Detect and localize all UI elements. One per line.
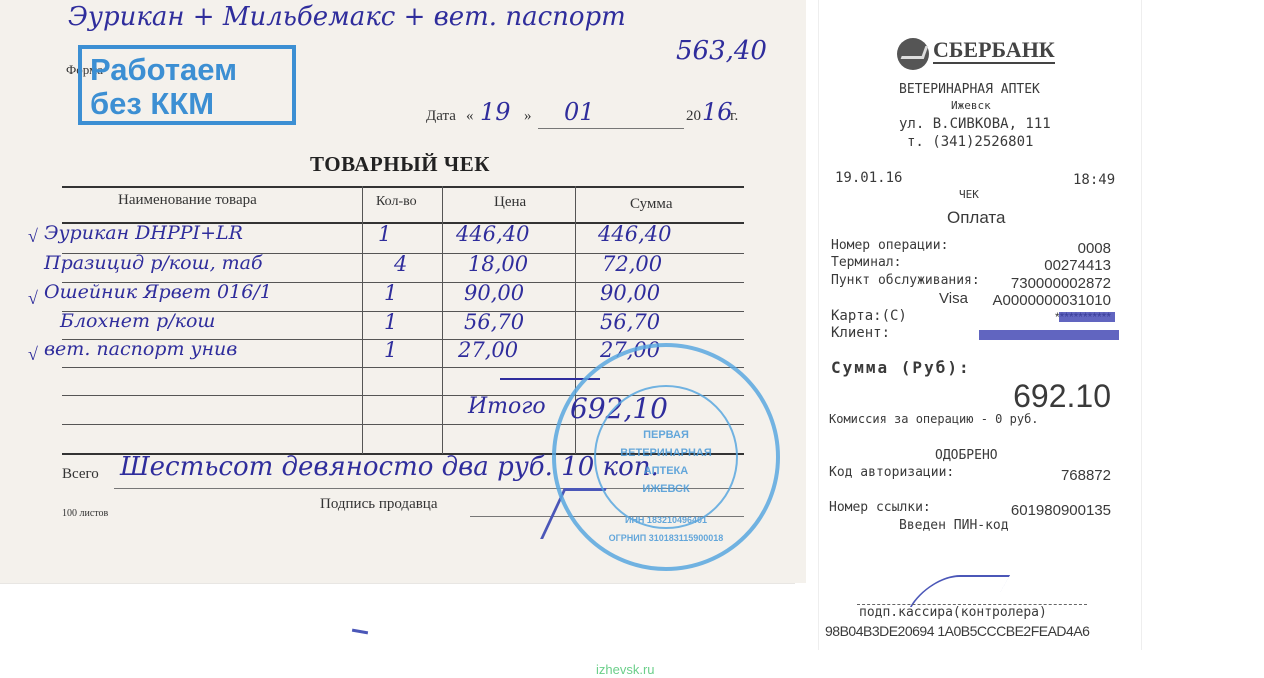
commission-note: Комиссия за операцию - 0 руб. bbox=[829, 412, 1039, 426]
seal-line-1: ПЕРВАЯ bbox=[556, 429, 776, 441]
date-quote-close: » bbox=[524, 108, 532, 125]
date-day: 19 bbox=[480, 98, 511, 126]
amount-label: Сумма (Руб): bbox=[831, 358, 971, 377]
merchant-address: ул. В.СИВКОВА, 111 bbox=[899, 116, 1051, 132]
item-price: 56,70 bbox=[464, 310, 524, 334]
total-label: Итого bbox=[468, 394, 546, 419]
item-qty: 1 bbox=[378, 222, 391, 246]
card-aid: A0000000031010 bbox=[993, 292, 1111, 309]
col-header-qty: Кол-во bbox=[376, 194, 417, 210]
item-sum: 56,70 bbox=[600, 310, 660, 334]
redacted-card-mark bbox=[1059, 312, 1115, 322]
doc-type: ЧЕК bbox=[959, 188, 979, 201]
field-value: 730000002872 bbox=[1011, 275, 1111, 292]
item-sum: 446,40 bbox=[598, 222, 671, 246]
pad-note: 100 листов bbox=[62, 508, 108, 519]
ink-mark bbox=[352, 629, 368, 635]
approval-status: ОДОБРЕНО bbox=[935, 448, 998, 463]
bank-name: СБЕРБАНК bbox=[933, 38, 1055, 64]
total-words-label: Всего bbox=[62, 466, 99, 483]
item-price: 90,00 bbox=[464, 281, 524, 305]
card-label: Карта:(С) bbox=[831, 308, 907, 324]
check-mark-icon: √ bbox=[28, 288, 38, 309]
col-divider bbox=[442, 186, 443, 454]
item-price: 446,40 bbox=[456, 222, 529, 246]
redacted-client-mark bbox=[979, 330, 1119, 340]
seal-line-4: ИЖЕВСК bbox=[556, 483, 776, 495]
card-payment-slip: СБЕРБАНК ВЕТЕРИНАРНАЯ АПТЕК Ижевск ул. В… bbox=[818, 0, 1142, 650]
col-divider bbox=[362, 186, 363, 454]
table-top-rule bbox=[62, 186, 744, 188]
site-watermark: izhevsk.ru bbox=[596, 662, 655, 677]
item-price: 27,00 bbox=[458, 338, 518, 362]
no-kkm-stamp: Работаем без ККМ bbox=[78, 45, 296, 125]
client-label: Клиент: bbox=[831, 325, 890, 341]
sales-receipt: Эурикан + Мильбемакс + вет. паспорт 563,… bbox=[0, 0, 806, 583]
seal-ogrnip: ОГРНИП 310183115900018 bbox=[556, 533, 776, 543]
stamp-line-1: Работаем bbox=[90, 53, 292, 87]
field-value: 0008 bbox=[1078, 240, 1111, 257]
col-header-name: Наименование товара bbox=[118, 192, 257, 209]
item-name: вет. паспорт унив bbox=[44, 338, 237, 360]
top-note-sum: 563,40 bbox=[676, 36, 767, 66]
seal-inn: ИНН 183210496401 bbox=[556, 515, 776, 525]
date-month-underline bbox=[538, 128, 684, 129]
pin-note: Введен ПИН-код bbox=[899, 518, 1009, 533]
date-label: Дата bbox=[426, 108, 456, 125]
date-month: 01 bbox=[564, 98, 595, 126]
item-qty: 1 bbox=[384, 281, 397, 305]
merchant-name: ВЕТЕРИНАРНАЯ АПТЕК bbox=[899, 82, 1040, 97]
check-mark-icon: √ bbox=[28, 226, 38, 247]
col-header-price: Цена bbox=[494, 194, 526, 211]
item-sum: 72,00 bbox=[602, 252, 662, 276]
field-label: Терминал: bbox=[831, 255, 901, 270]
seal-line-3: АПТЕКА bbox=[556, 465, 776, 477]
receipt-title: ТОВАРНЫЙ ЧЕК bbox=[310, 152, 490, 177]
field-value: 00274413 bbox=[1044, 257, 1111, 274]
field-label: Пункт обслуживания: bbox=[831, 273, 980, 288]
item-price: 18,00 bbox=[468, 252, 528, 276]
item-name: Блохнет р/кош bbox=[60, 310, 215, 332]
card-system: Visa bbox=[939, 290, 968, 307]
item-sum: 90,00 bbox=[600, 281, 660, 305]
date-suffix: г. bbox=[730, 108, 738, 125]
cashier-signature bbox=[910, 575, 1010, 607]
date-year: 16 bbox=[702, 98, 733, 126]
ref-number: 601980900135 bbox=[1011, 502, 1111, 519]
merchant-phone: т. (341)2526801 bbox=[907, 134, 1033, 150]
item-qty: 1 bbox=[384, 338, 397, 362]
item-qty: 4 bbox=[394, 252, 407, 276]
transaction-hash: 98B04B3DE20694 1A0B5CCCBE2FEAD4A6 bbox=[825, 623, 1089, 639]
auth-code-label: Код авторизации: bbox=[829, 465, 954, 480]
auth-code: 768872 bbox=[1061, 467, 1111, 484]
field-label: Номер операции: bbox=[831, 238, 948, 253]
round-seal-stamp: ПЕРВАЯ ВЕТЕРИНАРНАЯ АПТЕКА ИЖЕВСК ИНН 18… bbox=[552, 343, 780, 571]
cashier-signature-label: подп.кассира(контролера) bbox=[859, 605, 1047, 620]
amount-value: 692.10 bbox=[1013, 378, 1111, 415]
top-handwritten-note: Эурикан + Мильбемакс + вет. паспорт bbox=[68, 2, 626, 32]
item-qty: 1 bbox=[384, 310, 397, 334]
check-mark-icon: √ bbox=[28, 344, 38, 365]
date-year-prefix: 20 bbox=[686, 108, 701, 125]
paper-edge bbox=[0, 583, 795, 584]
item-name: Празицид р/кош, таб bbox=[44, 252, 263, 274]
seller-signature-label: Подпись продавца bbox=[320, 496, 438, 513]
ref-label: Номер ссылки: bbox=[829, 500, 931, 515]
item-name: Эурикан DHPPI+LR bbox=[44, 222, 243, 244]
seal-line-2: ВЕТЕРИНАРНАЯ bbox=[556, 447, 776, 459]
col-header-sum: Сумма bbox=[630, 196, 672, 213]
slip-date: 19.01.16 bbox=[835, 170, 902, 186]
operation-type: Оплата bbox=[947, 208, 1005, 228]
sberbank-logo-icon bbox=[897, 38, 929, 70]
merchant-city: Ижевск bbox=[951, 99, 991, 112]
item-name: Ошейник Ярвет 016/1 bbox=[44, 281, 272, 303]
stamp-line-2: без ККМ bbox=[90, 87, 292, 121]
date-quote-open: « bbox=[466, 108, 474, 125]
slip-time: 18:49 bbox=[1073, 172, 1115, 188]
